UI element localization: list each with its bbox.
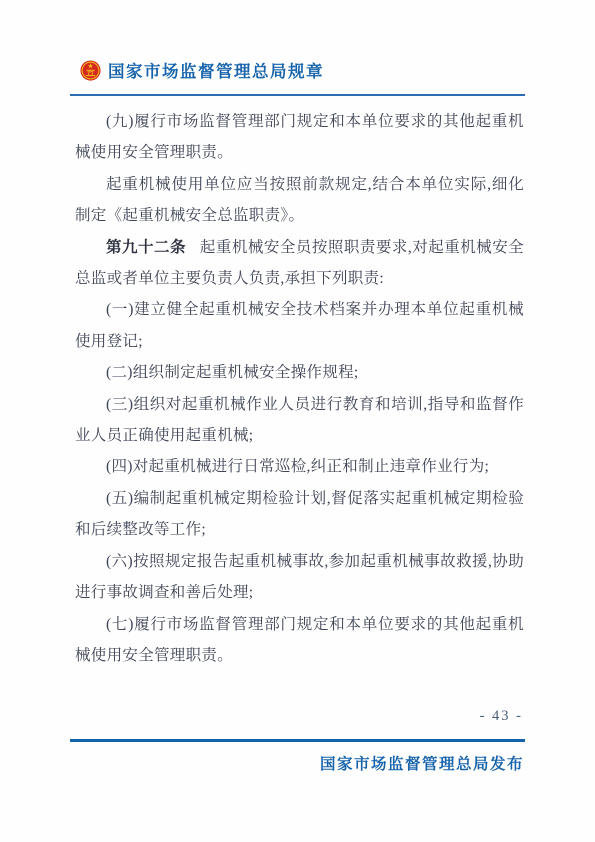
document-page: 国家市场监督管理总局规章 (九)履行市场监督管理部门规定和本单位要求的其他起重机…: [0, 0, 595, 842]
paragraph-item-5: (五)编制起重机械定期检验计划,督促落实起重机械定期检验和后续整改等工作;: [75, 483, 524, 546]
paragraph-item-6: (六)按照规定报告起重机械事故,参加起重机械事故救援,协助进行事故调查和善后处理…: [75, 546, 524, 609]
article-number-label: 第九十二条: [106, 239, 186, 256]
paragraph-item-2: (二)组织制定起重机械安全操作规程;: [75, 357, 524, 388]
paragraph-item-7: (七)履行市场监督管理部门规定和本单位要求的其他起重机械使用安全管理职责。: [75, 609, 524, 672]
paragraph-unit-requirement: 起重机械使用单位应当按照前款规定,结合本单位实际,细化制定《起重机械安全总监职责…: [75, 169, 524, 232]
paragraph-item-1: (一)建立健全起重机械安全技术档案并办理本单位起重机械使用登记;: [75, 294, 524, 357]
paragraph-item-3: (三)组织对起重机械作业人员进行教育和培训,指导和监督作业人员正确使用起重机械;: [75, 389, 524, 452]
paragraph-article-92: 第九十二条起重机械安全员按照职责要求,对起重机械安全总监或者单位主要负责人负责,…: [75, 232, 524, 295]
page-header: 国家市场监督管理总局规章: [70, 58, 525, 96]
footer-divider: [70, 739, 525, 742]
publisher-line: 国家市场监督管理总局发布: [320, 752, 524, 774]
paragraph-item-4: (四)对起重机械进行日常巡检,纠正和制止违章作业行为;: [75, 451, 524, 482]
paragraph-item-9: (九)履行市场监督管理部门规定和本单位要求的其他起重机械使用安全管理职责。: [75, 106, 524, 169]
national-emblem-icon: [80, 60, 101, 81]
page-number: - 43 -: [480, 708, 523, 725]
document-category-title: 国家市场监督管理总局规章: [108, 58, 324, 82]
document-body: (九)履行市场监督管理部门规定和本单位要求的其他起重机械使用安全管理职责。 起重…: [75, 106, 524, 671]
